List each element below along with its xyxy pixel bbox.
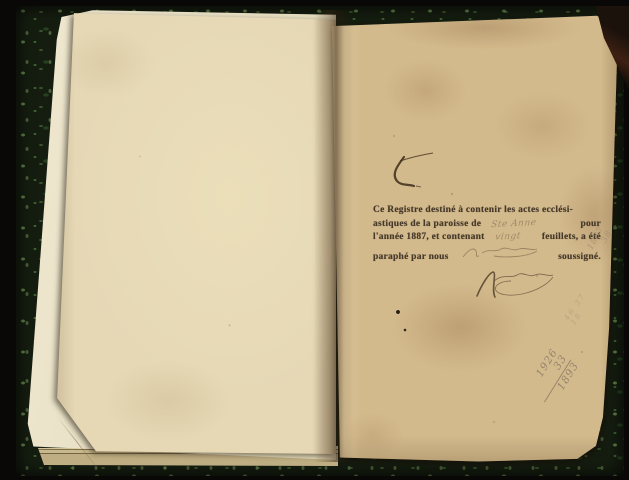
handwritten-signature-inline — [461, 245, 547, 265]
note-line-2: astiques de la paroisse de Ste Anne pour — [373, 218, 601, 232]
note-line-1: Ce Registre destiné à contenir les actes… — [373, 204, 601, 218]
note-line-1-text: Ce Registre destiné à contenir les actes… — [373, 204, 573, 218]
left-blank-page — [56, 10, 336, 454]
note-line-4: paraphé par nous soussigné. — [373, 245, 601, 265]
pencil-faint-note: 46 37 18 — [563, 281, 601, 326]
handwritten-feuillets-count: vingt — [494, 230, 521, 245]
printed-register-note: Ce Registre destiné à contenir les actes… — [373, 204, 601, 264]
signature-squiggle-icon — [461, 245, 547, 259]
right-title-page: Ce Registre destiné à contenir les actes… — [332, 14, 624, 462]
note-line-3: l'année 1887, et contenant vingt feuille… — [373, 231, 601, 245]
gutter-shadow — [314, 10, 354, 462]
note-line-4-pre: paraphé par nous — [373, 251, 449, 265]
pencil-calculation-note: 1926 33 1893 — [524, 347, 581, 409]
note-line-3-pre: l'année 1887, et contenant — [373, 231, 485, 245]
note-line-2-pre: astiques de la paroisse de — [373, 218, 481, 232]
